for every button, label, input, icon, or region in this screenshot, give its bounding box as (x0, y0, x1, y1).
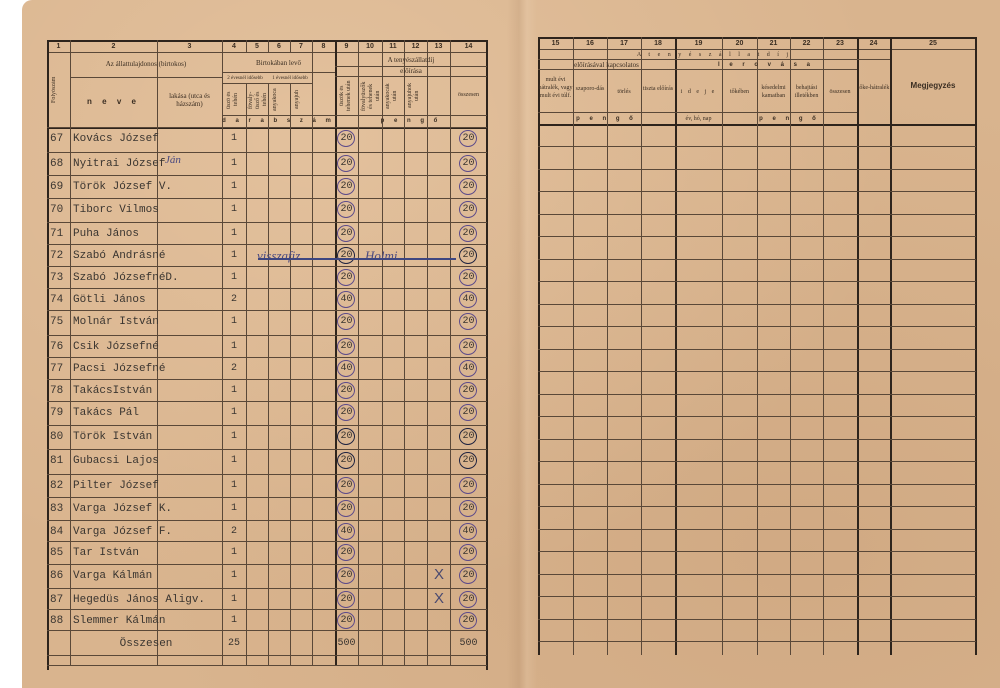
grid-line (538, 214, 976, 215)
col7-header: anyajuh (294, 86, 310, 114)
handwritten-circle (459, 155, 477, 172)
col23-header: összesen (823, 88, 857, 96)
row-number: 69 (50, 181, 70, 193)
column-number: 5 (246, 43, 268, 51)
handwritten-circle (459, 178, 477, 195)
animal-count: 1 (222, 594, 246, 605)
animal-count: 1 (222, 480, 246, 491)
col15-header: mult évi hátralék, vagy mult évi túlf. (538, 76, 573, 100)
handwritten-circle (337, 500, 355, 517)
handwritten-circle (459, 567, 477, 584)
handwritten-circle (337, 477, 355, 494)
animal-count: 2 (222, 294, 246, 305)
handwritten-circle (459, 544, 477, 561)
column-number: 1 (47, 43, 70, 51)
col16-header: szaporo-dás (573, 85, 607, 93)
animal-count: 1 (222, 272, 246, 283)
handwritten-circle (459, 404, 477, 421)
grid-line (427, 76, 428, 115)
grid-line (222, 83, 312, 84)
one-year-header: 1 évesnél idősebb (268, 75, 312, 83)
handwritten-circle (337, 291, 355, 308)
animal-count: 1 (222, 228, 246, 239)
address-header: lakása (utca és házszám) (157, 92, 222, 108)
animal-count: 1 (222, 158, 246, 169)
row-number: 85 (50, 547, 70, 559)
row-number: 72 (50, 250, 70, 262)
animal-count: 1 (222, 316, 246, 327)
row-number: 88 (50, 615, 70, 627)
owner-name: Kovács József (73, 133, 223, 145)
row-number: 79 (50, 407, 70, 419)
row-number: 68 (50, 158, 70, 170)
column-number: 6 (268, 43, 290, 51)
owner-name: Szabó JózsefnéD. (73, 272, 223, 284)
grid-line (358, 76, 359, 115)
row-number: 78 (50, 385, 70, 397)
grid-line (573, 37, 574, 655)
handwritten-circle (337, 360, 355, 377)
handwritten-circle (337, 591, 355, 608)
handwritten-note: Holmi (365, 248, 425, 264)
column-number: 3 (157, 43, 222, 51)
owner-name: Tar István (73, 547, 223, 559)
handwritten-circle (459, 225, 477, 242)
summary-fee: 500 (335, 638, 358, 649)
grid-line (538, 146, 976, 147)
handwritten-circle (459, 500, 477, 517)
grid-line (722, 37, 723, 655)
handwritten-note: visszafiz. (257, 248, 337, 264)
animal-count: 1 (222, 341, 246, 352)
handwritten-circle (459, 428, 477, 445)
handwritten-circle (337, 523, 355, 540)
remarks-header: Megjegyzés (890, 82, 976, 90)
column-number: 24 (857, 40, 890, 48)
animal-count: 1 (222, 407, 246, 418)
handwritten-circle (337, 225, 355, 242)
owner-name: Tiborc Vilmos (73, 204, 223, 216)
grid-line (538, 281, 976, 282)
grid-line (641, 37, 642, 655)
column-number: 10 (358, 43, 382, 51)
table-right-border (975, 37, 977, 655)
handwritten-circle (337, 567, 355, 584)
col22-header: behajtási illetékben (790, 84, 823, 100)
x-mark: X (430, 566, 448, 583)
grid-line (538, 326, 976, 327)
total-header: összesen (450, 91, 487, 99)
row-number: 74 (50, 294, 70, 306)
grid-line (70, 77, 222, 78)
owner-name: Varga József F. (73, 526, 223, 538)
col17-header: törlés (607, 88, 641, 96)
x-mark: X (430, 590, 448, 607)
assessment-related-header: előírásával kapcsolatos (538, 61, 675, 69)
animal-count: 2 (222, 363, 246, 374)
handwritten-circle (459, 591, 477, 608)
pengo-label: p e n g ő (335, 117, 487, 125)
row-number: 87 (50, 594, 70, 606)
grid-line (538, 461, 976, 462)
owner-name: Varga Kálmán (73, 570, 223, 582)
column-number: 16 (573, 40, 607, 48)
grid-line (857, 37, 859, 655)
row-number: 82 (50, 480, 70, 492)
owner-name: Szabó Andrásné (73, 250, 223, 262)
table-left-border (538, 37, 540, 655)
animal-count: 1 (222, 547, 246, 558)
handwritten-circle (459, 477, 477, 494)
column-number: 14 (450, 43, 487, 51)
name-header: n e v e (70, 98, 157, 106)
handwritten-circle (337, 404, 355, 421)
handwritten-circle (459, 269, 477, 286)
owner-name: Pilter József (73, 480, 223, 492)
grid-line (538, 304, 976, 305)
handwritten-note: Ján (165, 154, 205, 166)
grid-line (538, 371, 976, 372)
column-number: 2 (70, 43, 157, 51)
animal-count: 1 (222, 455, 246, 466)
handwritten-circle (337, 452, 355, 469)
owner-name: Takács Pál (73, 407, 223, 419)
handwritten-circle (337, 201, 355, 218)
owner-name: Csik Józsefné (73, 341, 223, 353)
owner-name: Varga József K. (73, 503, 223, 515)
grid-line (538, 59, 890, 60)
grid-line (222, 115, 335, 116)
grid-line (538, 69, 857, 70)
grid-line (790, 37, 791, 655)
row-number: 67 (50, 133, 70, 145)
grid-line (538, 506, 976, 507)
grid-line (47, 52, 487, 53)
handwritten-circle (337, 247, 355, 264)
col19-header: i d e j e (675, 88, 722, 96)
column-number: 12 (404, 43, 427, 51)
handwritten-circle (459, 313, 477, 330)
pengo-label: p e n g ő (538, 115, 675, 123)
handwritten-circle (337, 313, 355, 330)
col12-header: anyajuhok után (407, 79, 423, 113)
grid-line (538, 484, 976, 485)
payment-header: l e r o v á s a (675, 61, 857, 69)
holding-header: Birtokában levő (222, 59, 335, 67)
animal-count: 1 (222, 181, 246, 192)
summary-total: 500 (450, 638, 487, 649)
grid-line (404, 76, 405, 115)
owner-name: Götli János (73, 294, 223, 306)
grid-line (222, 72, 335, 73)
grid-line (757, 37, 758, 655)
row-number: 86 (50, 570, 70, 582)
grid-line (538, 394, 976, 395)
animal-count: 1 (222, 615, 246, 626)
animal-count: 1 (222, 133, 246, 144)
column-number: 17 (607, 40, 641, 48)
handwritten-circle (337, 544, 355, 561)
grid-line (47, 630, 487, 631)
grid-line (538, 259, 976, 260)
grid-line (538, 236, 976, 237)
handwritten-circle (459, 247, 477, 264)
row-number: 77 (50, 363, 70, 375)
summary-count: 25 (222, 638, 246, 649)
folyoszam-header: Folyószám (51, 60, 67, 120)
row-number: 71 (50, 228, 70, 240)
handwritten-circle (459, 360, 477, 377)
grid-line (538, 596, 976, 597)
grid-line (335, 115, 487, 116)
handwritten-circle (459, 338, 477, 355)
darabszam-label: d a r a b s z á m (222, 117, 335, 125)
owner-name: Pacsi Józsefné (73, 363, 223, 375)
owner-name: Török István (73, 431, 223, 443)
col6-header: anyakoca (272, 86, 288, 114)
handwritten-circle (337, 338, 355, 355)
animal-count: 1 (222, 204, 246, 215)
grid-line (47, 655, 487, 656)
owner-name: Molnár István (73, 316, 223, 328)
column-number: 19 (675, 40, 722, 48)
column-number: 7 (290, 43, 312, 51)
row-number: 83 (50, 503, 70, 515)
grid-line (823, 37, 824, 655)
animal-count: 2 (222, 526, 246, 537)
grid-line (382, 76, 383, 115)
grid-line (538, 551, 976, 552)
row-number: 75 (50, 316, 70, 328)
row-number: 84 (50, 526, 70, 538)
row-number: 81 (50, 455, 70, 467)
col9-header: üszők és tehenek után (339, 79, 356, 113)
handwritten-circle (337, 130, 355, 147)
col10-header: fövalyüszők és tehenek után (361, 79, 379, 113)
col18-header: tiszta előírás (641, 85, 675, 93)
column-number: 25 (890, 40, 976, 48)
column-number: 9 (335, 43, 358, 51)
column-number: 21 (757, 40, 790, 48)
owner-name: Török József V. (73, 181, 223, 193)
col4-header: üsző és tehén (226, 86, 244, 114)
grid-line (538, 169, 976, 170)
handwritten-circle (337, 269, 355, 286)
row-number: 80 (50, 431, 70, 443)
grid-line (538, 439, 976, 440)
date-label: év, hó, nap (675, 115, 722, 123)
grid-line (538, 349, 976, 350)
handwritten-circle (459, 201, 477, 218)
fee-header: A tenyészállatdíj (335, 56, 487, 64)
animal-count: 1 (222, 503, 246, 514)
handwritten-strikethrough (258, 258, 456, 260)
animal-count: 1 (222, 250, 246, 261)
column-number: 8 (312, 43, 335, 51)
owner-name: TakácsIstván (73, 385, 223, 397)
column-number: 20 (722, 40, 757, 48)
column-number: 4 (222, 43, 246, 51)
grid-line (538, 574, 976, 575)
grid-line (675, 37, 677, 655)
handwritten-circle (337, 428, 355, 445)
animal-count: 1 (222, 385, 246, 396)
grid-line (538, 641, 976, 642)
animal-count: 1 (222, 431, 246, 442)
grid-line (538, 416, 976, 417)
column-number: 11 (382, 43, 404, 51)
handwritten-circle (459, 382, 477, 399)
handwritten-circle (459, 130, 477, 147)
col21-header: késedelmi kamatban (757, 84, 790, 100)
grid-line (47, 665, 487, 666)
grid-line (538, 112, 857, 113)
row-number: 76 (50, 341, 70, 353)
column-number: 22 (790, 40, 823, 48)
owner-name: Hegedüs János Aligv. (73, 594, 223, 606)
col24-header: tőke-hátralék (857, 84, 890, 92)
grid-line (538, 529, 976, 530)
handwritten-circle (337, 612, 355, 629)
column-number: 15 (538, 40, 573, 48)
column-number: 13 (427, 43, 450, 51)
col20-header: tőkében (722, 88, 757, 96)
handwritten-circle (337, 155, 355, 172)
col11-header: anyakocák után (385, 79, 401, 113)
row-number: 73 (50, 272, 70, 284)
column-number: 18 (641, 40, 675, 48)
owner-name: Puha János (73, 228, 223, 240)
col5-header: fövaly-üsző és tehén (248, 86, 266, 114)
two-year-header: 2 évesnél idősebb (222, 75, 268, 83)
pengo-label: p e n g ő (722, 115, 857, 123)
grid-line (607, 37, 608, 655)
handwritten-circle (459, 612, 477, 629)
fee-header: A t e n y é s z á l l a t d í j (538, 51, 890, 59)
handwritten-circle (459, 452, 477, 469)
handwritten-circle (459, 291, 477, 308)
row-number: 70 (50, 204, 70, 216)
owner-header: Az állattulajdonos (birtokos) (70, 60, 222, 68)
grid-line (538, 191, 976, 192)
handwritten-circle (337, 382, 355, 399)
grid-line (890, 37, 892, 655)
animal-count: 1 (222, 570, 246, 581)
summary-label: Összesen (70, 638, 222, 650)
owner-name: Gubacsi Lajos (73, 455, 223, 467)
handwritten-circle (459, 523, 477, 540)
owner-name: Slemmer Kálmán (73, 615, 223, 627)
table-top-border (47, 40, 487, 42)
column-number: 23 (823, 40, 857, 48)
grid-line (538, 619, 976, 620)
fee-assessment-header: előírása (335, 67, 487, 75)
handwritten-circle (337, 178, 355, 195)
